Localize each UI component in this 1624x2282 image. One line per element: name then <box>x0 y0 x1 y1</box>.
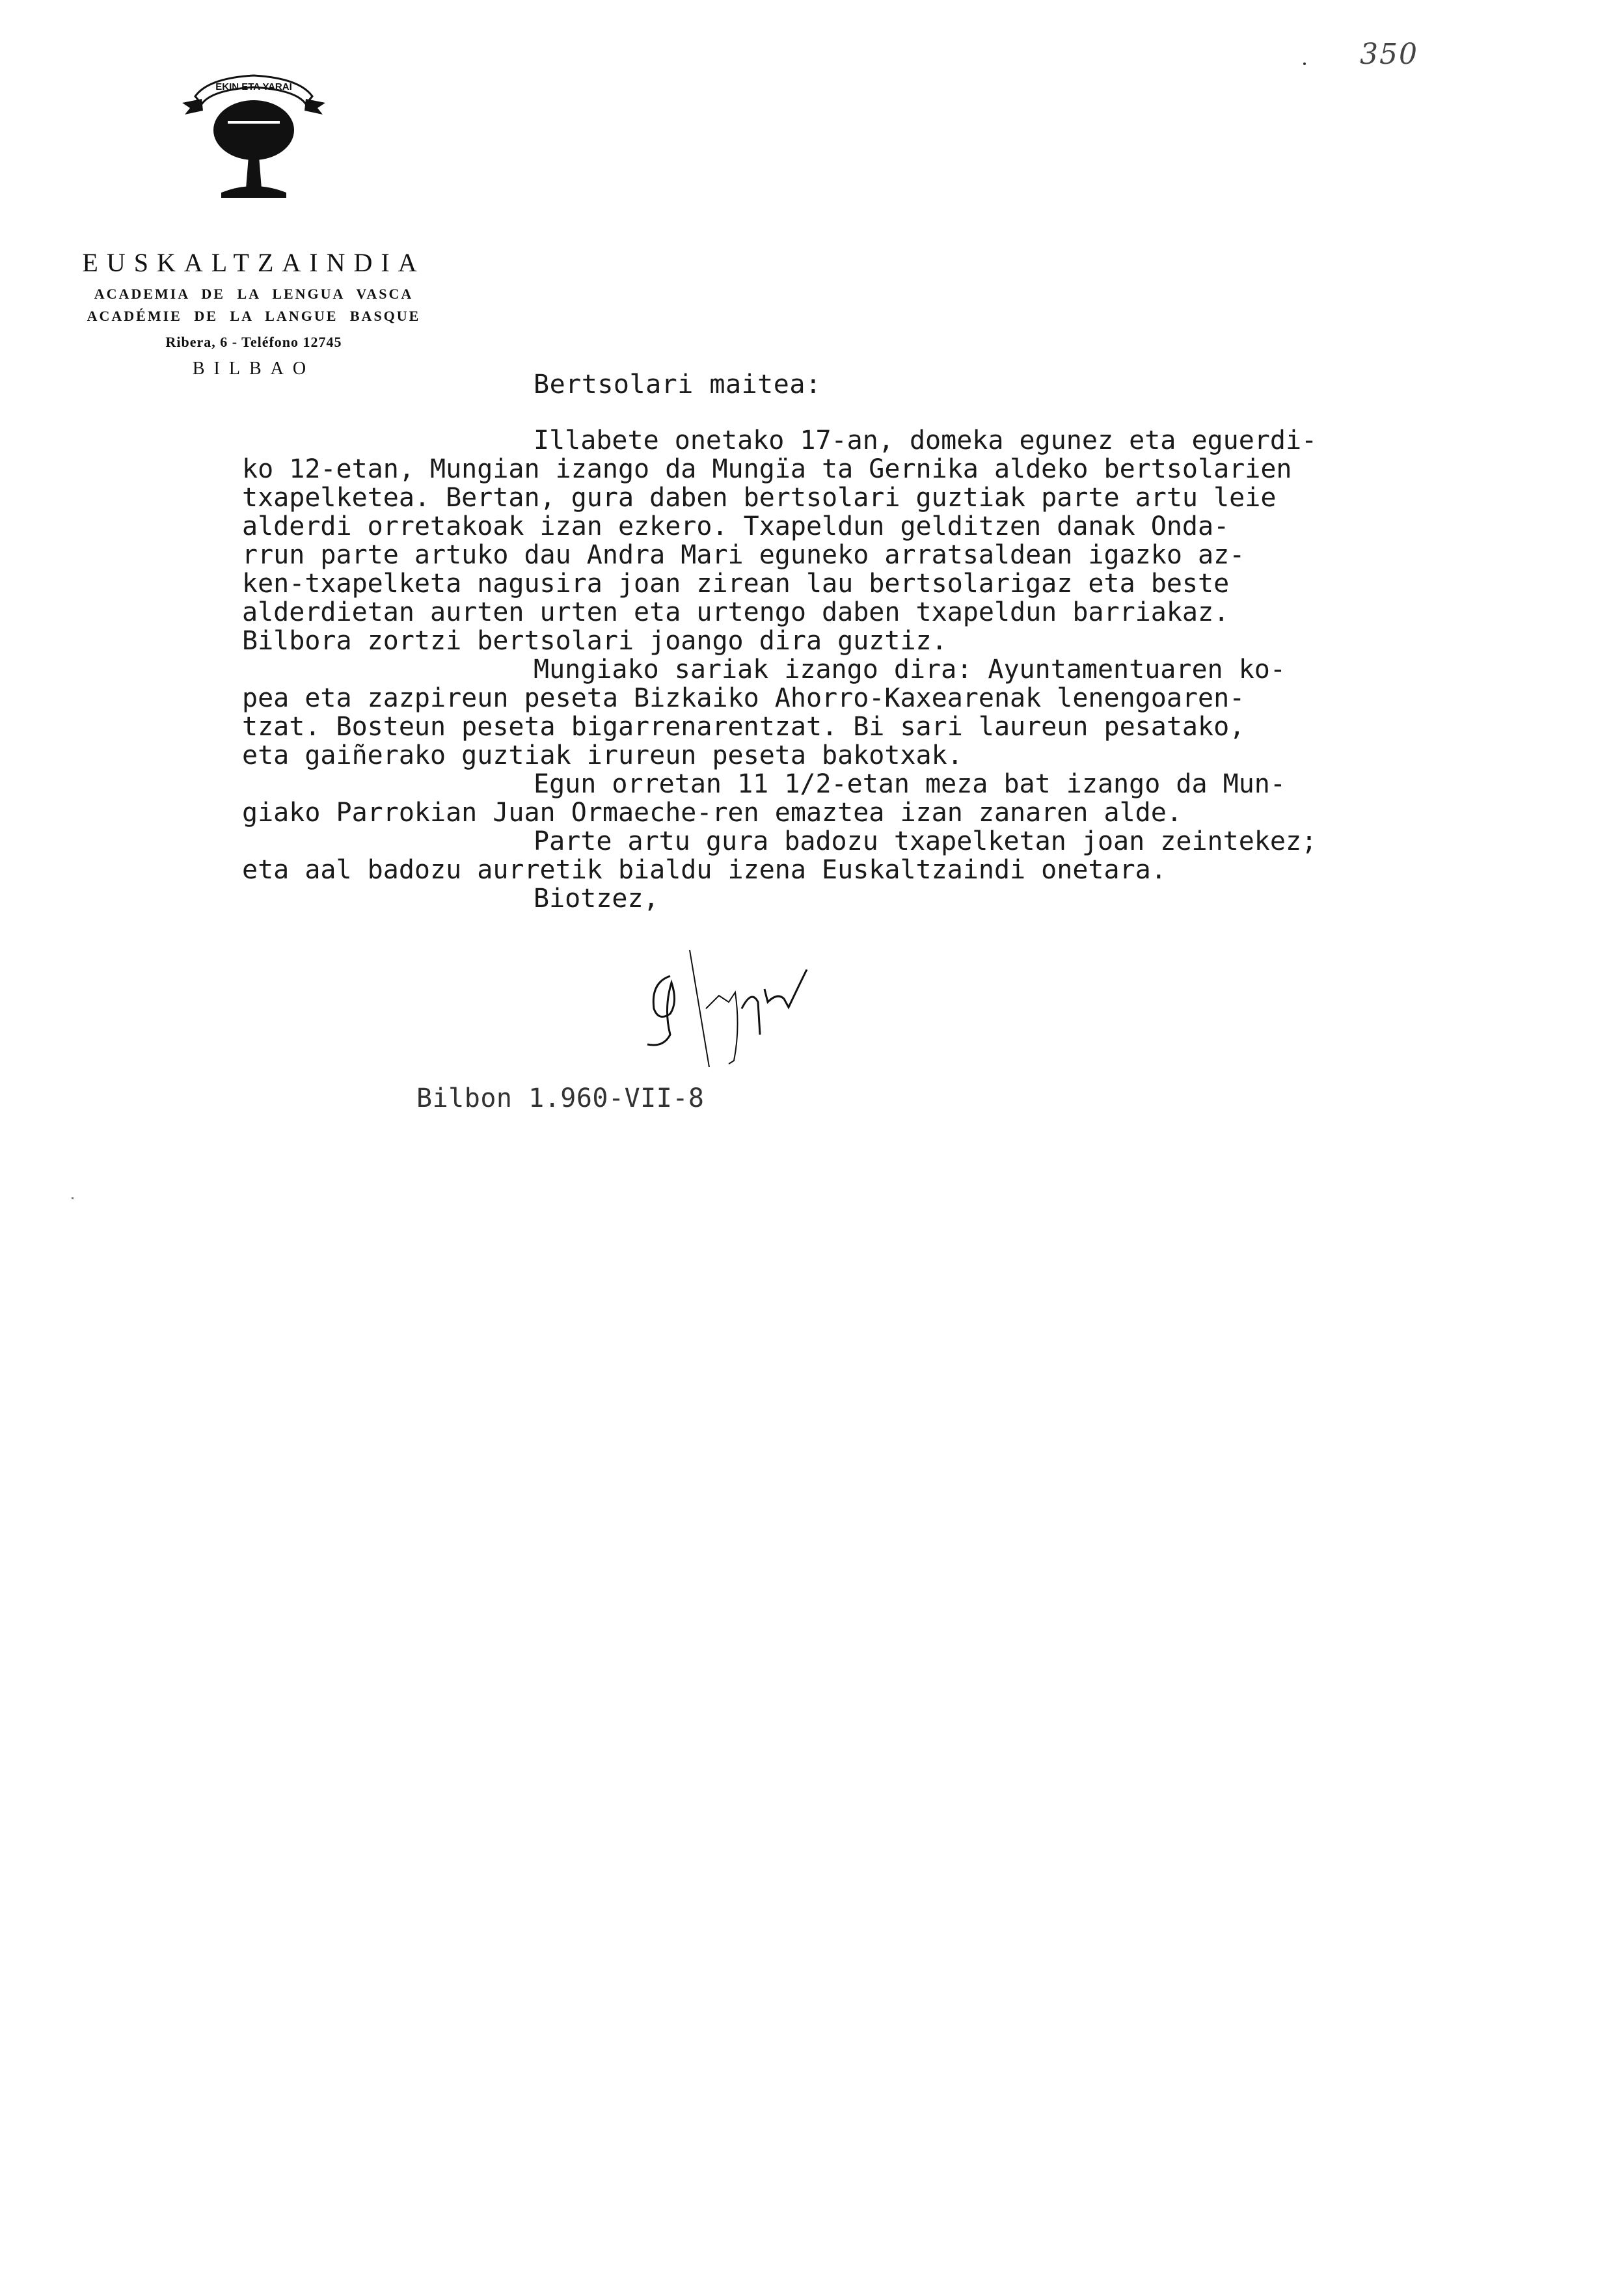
oak-tree-emblem-icon: EKIN ETA YARAI <box>176 65 332 202</box>
letter-body: Illabete onetako 17-an, domeka egunez et… <box>242 426 1608 913</box>
salutation: Bertsolari maitea: <box>534 370 821 400</box>
body-line: ken-txapelketa nagusira joan zirean lau … <box>242 569 1608 598</box>
body-line: alderdietan aurten urten eta urtengo dab… <box>242 598 1608 627</box>
body-line: pea eta zazpireun peseta Bizkaiko Ahorro… <box>242 684 1608 713</box>
dateline: Bilbon 1.960-VII-8 <box>416 1083 704 1113</box>
closing: Biotzez, <box>242 884 1608 913</box>
handwritten-signature-icon <box>625 930 859 1080</box>
body-line: Illabete onetako 17-an, domeka egunez et… <box>242 426 1608 455</box>
scan-speck <box>72 1197 74 1199</box>
body-line: eta gaiñerako guztiak irureun peseta bak… <box>242 741 1608 770</box>
body-line: Bilbora zortzi bertsolari joango dira gu… <box>242 627 1608 655</box>
page-number: 350 <box>1360 38 1418 71</box>
letterhead: EKIN ETA YARAI EUSKALTZAINDIA ACADEMIA D… <box>72 65 436 379</box>
body-line: ko 12-etan, Mungian izango da Mungïa ta … <box>242 455 1608 483</box>
org-subtitle-es: ACADEMIA DE LA LENGUA VASCA <box>72 283 436 305</box>
body-line: giako Parrokian Juan Ormaeche-ren emazte… <box>242 798 1608 827</box>
body-line: Egun orretan 11 1/2-etan meza bat izango… <box>242 770 1608 798</box>
org-address: Ribera, 6 - Teléfono 12745 <box>72 334 436 351</box>
org-city: BILBAO <box>72 359 436 379</box>
motto-text: EKIN ETA YARAI <box>215 81 292 92</box>
body-line: Parte artu gura badozu txapelketan joan … <box>242 827 1608 856</box>
body-line: txapelketea. Bertan, gura daben bertsola… <box>242 483 1608 512</box>
body-line: rrun parte artuko dau Andra Mari eguneko… <box>242 541 1608 569</box>
org-subtitle-fr: ACADÉMIE DE LA LANGUE BASQUE <box>72 305 436 327</box>
scan-speck <box>1303 62 1306 65</box>
body-line: Mungiako sariak izango dira: Ayuntamentu… <box>242 655 1608 684</box>
letter-page: 350 EKIN ETA YARAI EUSKALTZAINDIA ACADE <box>0 0 1624 2282</box>
org-name: EUSKALTZAINDIA <box>72 247 436 278</box>
body-line: eta aal badozu aurretik bialdu izena Eus… <box>242 856 1608 884</box>
body-line: alderdi orretakoak izan ezkero. Txapeldu… <box>242 512 1608 541</box>
body-line: tzat. Bosteun peseta bigarrenarentzat. B… <box>242 713 1608 741</box>
